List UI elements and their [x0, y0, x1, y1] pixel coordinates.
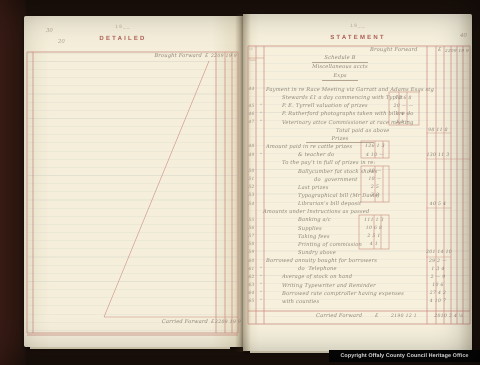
ditto-mark: ": [258, 153, 264, 159]
entry-number: 49: [247, 153, 256, 159]
sub-amount: 4 10 —: [361, 153, 389, 159]
ditto-mark: ": [258, 283, 264, 289]
ledger-photo: 19__ DETAILED 30 20 Brought Forward £ 22…: [0, 0, 480, 365]
amount-col1: 29 2 —: [426, 259, 450, 265]
entry-number: 56: [247, 226, 256, 232]
sub-amount: 10 6 8: [359, 226, 389, 232]
amount-col1: 10 6: [426, 283, 450, 289]
entry-number: 61: [247, 267, 256, 273]
ditto-mark: ": [258, 104, 264, 110]
entry-number: 46: [247, 112, 256, 118]
right-folio: 40: [460, 33, 467, 39]
amount-col1: 1 3 4: [426, 267, 450, 273]
right-carried-forward-amount1: 2190 12 1: [382, 314, 426, 320]
left-brought-forward-label: Brought Forward: [142, 53, 202, 59]
right-carried-forward-label: Carried Forward: [316, 313, 372, 319]
amount-col1: 40 5 4: [426, 202, 450, 208]
sub-amount: 1 1 —: [389, 120, 418, 126]
entry-number: 48: [247, 144, 256, 150]
sub-amount: 4 4 —: [389, 112, 418, 118]
left-folio-top: 30: [46, 28, 53, 34]
account-heading: Miscellaneous accts: [295, 64, 385, 70]
copyright-text: Copyright Offaly County Council Heritage…: [340, 353, 468, 359]
left-carried-forward-currency: £: [211, 319, 214, 325]
entry-number: 53: [247, 193, 256, 199]
left-brought-forward-currency: £: [205, 53, 208, 59]
entry-text: Veterinary attce Commissioner at race me…: [282, 120, 452, 126]
entry-number: 57: [247, 234, 256, 240]
entry-number: 58: [247, 242, 256, 248]
sub-amount: 10 —: [361, 177, 389, 183]
left-page-rules: [27, 52, 238, 335]
sub-amount: 126 1 3: [361, 144, 389, 150]
left-brought-forward-amount: 2209 19 9: [210, 54, 238, 60]
amount-col1: 130 11 3: [426, 153, 450, 159]
sub-amount: 2 5 1: [359, 234, 389, 240]
sub-amount: 20 — —: [389, 104, 418, 110]
margin-header-date: Date: [249, 59, 263, 63]
exps-heading: Exps: [322, 73, 358, 81]
entry-text: do government: [314, 177, 480, 183]
ditto-mark: ": [258, 275, 264, 281]
ditto-mark: ": [258, 291, 264, 297]
entry-text: P. Rutherford photographs taken with bil…: [282, 111, 452, 117]
sub-amount: 10 —: [361, 169, 389, 175]
entry-text: Total paid as above: [336, 128, 422, 134]
entry-number: 65: [247, 299, 256, 305]
ditto-mark: ": [258, 112, 264, 118]
entry-number: 47: [247, 120, 256, 126]
entry-text: Payment in re Race Meeting viz Garratt a…: [266, 87, 436, 93]
left-page-title: DETAILED: [93, 36, 153, 42]
entry-number: 64: [247, 291, 256, 297]
right-brought-forward-label: Brought Forward: [370, 47, 422, 53]
entry-number: 60: [247, 259, 256, 265]
sub-amount: 4 1: [359, 242, 389, 248]
entry-number: 62: [247, 275, 256, 281]
entry-number: 54: [247, 202, 256, 208]
right-carried-forward-amount2: 2010 3 4 ½: [428, 314, 470, 320]
entry-number: 51: [247, 177, 256, 183]
left-carried-forward-label: Carried Forward: [150, 319, 208, 325]
entry-number: 55: [247, 218, 256, 224]
schedule-heading: Schedule B: [312, 55, 368, 63]
entry-number: 44: [247, 87, 256, 93]
sub-amount: 111 1 3: [359, 218, 389, 224]
amount-col1: 98 11 8: [426, 128, 450, 134]
right-brought-forward-amount: 2209 19 9: [443, 48, 471, 54]
sub-amount: 3 8: [361, 193, 389, 199]
diagonal-cancel-line: [104, 61, 209, 317]
left-year-label: 19__: [110, 25, 136, 30]
right-page-title: STATEMENT: [327, 35, 389, 41]
amount-col1: 27 4 2: [426, 291, 450, 297]
entry-text: Amounts under Instructions as passed: [263, 209, 433, 215]
entry-text: P. E. Tyrrell valuation of prizes: [282, 103, 452, 109]
entry-number: 45: [247, 104, 256, 110]
ditto-mark: ": [258, 267, 264, 273]
entry-number: 59: [247, 250, 256, 256]
copyright-bar: Copyright Offaly County Council Heritage…: [329, 350, 480, 362]
entry-number: 63: [247, 283, 256, 289]
sub-amount: 73 6 8: [389, 96, 418, 102]
sub-amount: 2 5: [361, 185, 389, 191]
right-brought-forward-currency: £: [438, 47, 441, 53]
margin-header-year: 19: [249, 48, 263, 52]
entry-text: Prizes: [306, 136, 374, 144]
amount-col1: 201 14 10: [426, 250, 450, 256]
amount-col1: 2 — 9: [426, 275, 450, 281]
ditto-mark: ": [258, 120, 264, 126]
entry-number: 50: [247, 169, 256, 175]
amount-col1: 4 10 7: [426, 299, 450, 305]
left-carried-forward-amount: 2209 19 9: [215, 320, 239, 326]
right-carried-forward-currency: £: [375, 313, 378, 319]
entry-text: Borrowed annuity bought for borrowers: [266, 258, 436, 264]
entry-text: Amount paid in re cattle prizes: [266, 144, 436, 150]
right-year-label: 19__: [345, 24, 371, 29]
ditto-mark: ": [258, 299, 264, 305]
entry-text: To the pay’t in full of prizes in re:: [282, 160, 452, 166]
entry-text: Stewards £1 a day commencing with Typist: [282, 95, 452, 101]
left-folio-bottom: 20: [58, 39, 65, 45]
entry-number: 52: [247, 185, 256, 191]
